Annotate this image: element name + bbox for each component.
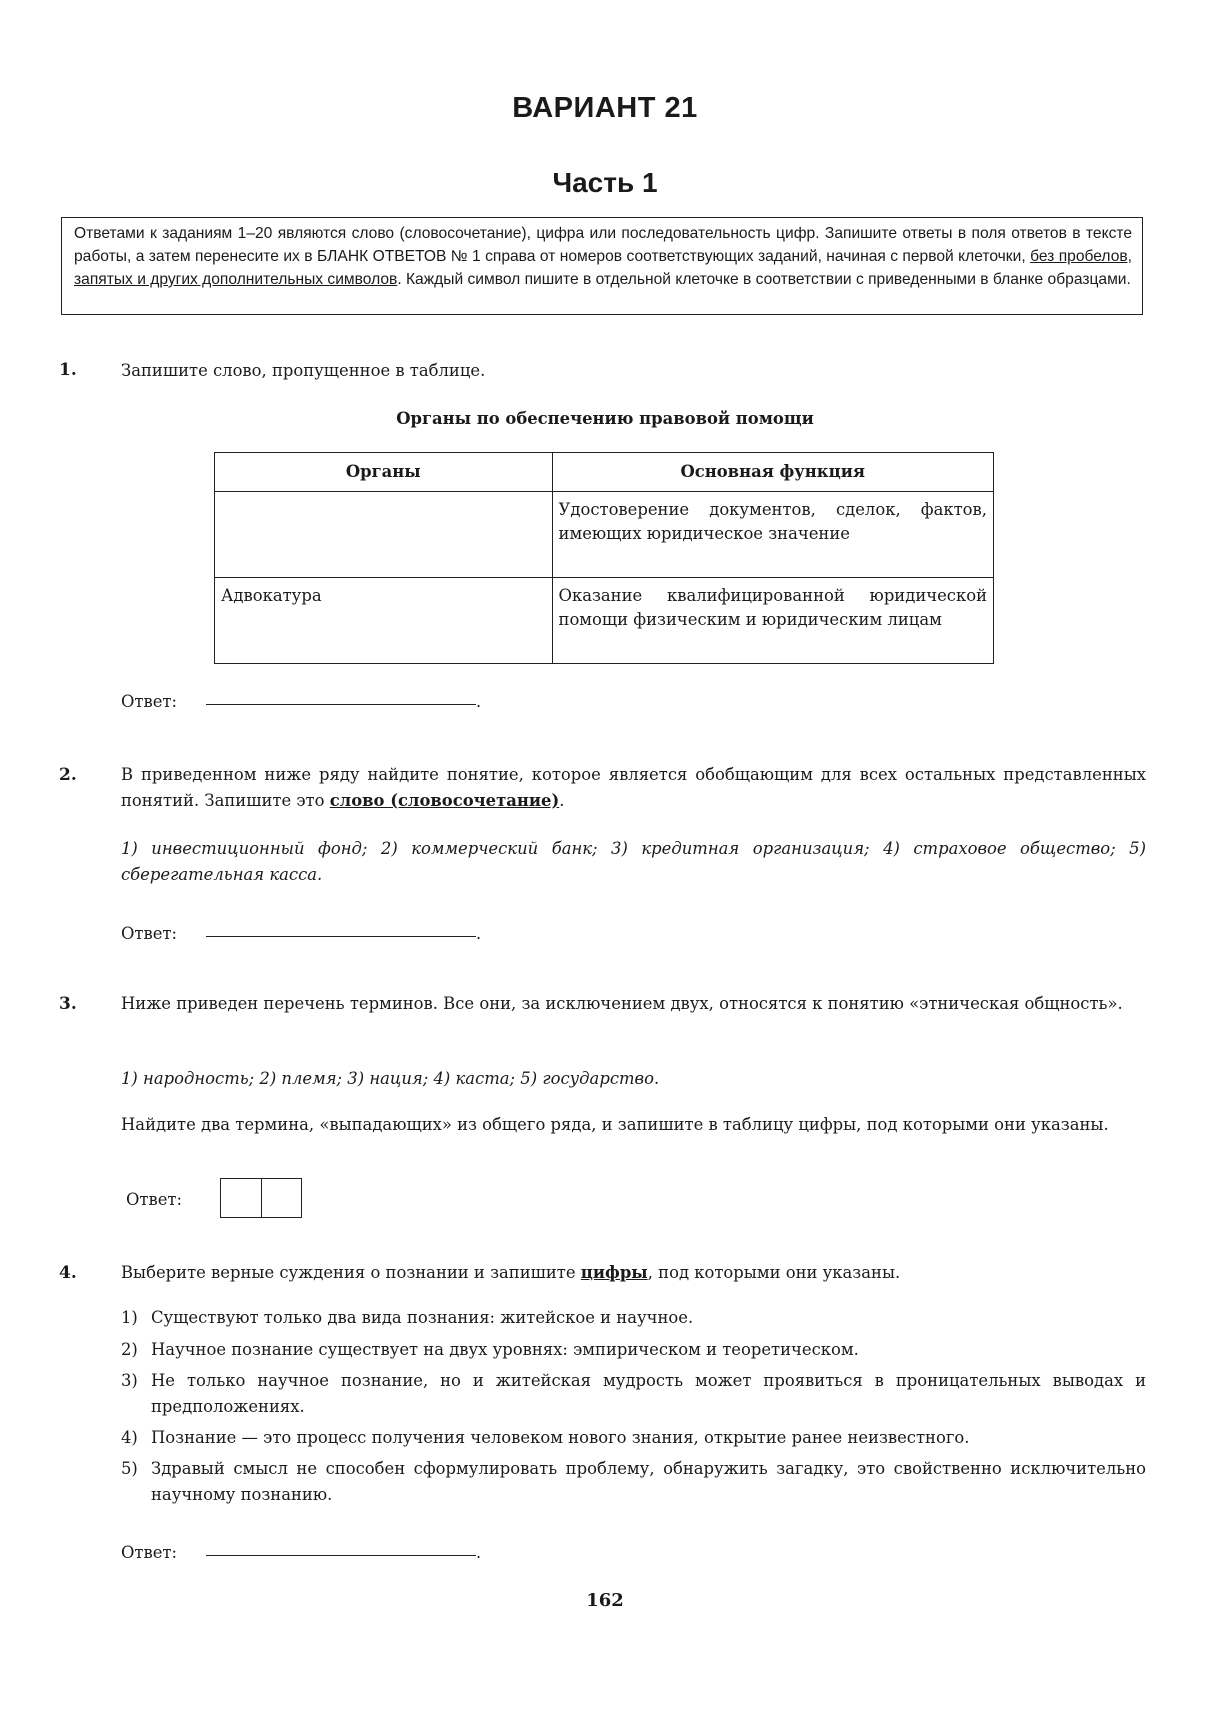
task-4-option-3: 3)Не только научное познание, но и житей… xyxy=(121,1368,1146,1420)
table-cell-function: Удостоверение документов, сделок, фактов… xyxy=(552,492,993,578)
option-number: 5) xyxy=(121,1456,138,1482)
exam-page: ВАРИАНТ 21 Часть 1 Ответами к заданиям 1… xyxy=(0,0,1210,1712)
task-4-option-4: 4)Познание — это процесс получения челов… xyxy=(121,1425,1146,1451)
instructions-text: Ответами к заданиям 1–20 являются слово … xyxy=(74,225,1132,265)
option-number: 2) xyxy=(121,1337,138,1363)
option-number: 3) xyxy=(121,1368,138,1394)
task-3-answer-label: Ответ: xyxy=(126,1190,182,1209)
task-1-prompt: Запишите слово, пропущенное в таблице. xyxy=(121,358,1146,384)
table-cell-function: Оказание квалифицированной юридической п… xyxy=(552,578,993,664)
task-1-answer-field[interactable] xyxy=(206,703,476,705)
answer-cell-1[interactable] xyxy=(221,1179,261,1217)
answer-period: . xyxy=(476,924,481,943)
option-text: Здравый смысл не способен сформулировать… xyxy=(151,1456,1146,1508)
table-cell-organ: Адвокатура xyxy=(215,578,553,664)
instructions-text-end: . Каждый символ пишите в отдельной клето… xyxy=(397,271,1131,288)
task-4-prompt-end: , под которыми они указаны. xyxy=(648,1263,900,1282)
task-3-instruction: Найдите два термина, «выпадающих» из общ… xyxy=(121,1112,1146,1138)
task-2-prompt-end: . xyxy=(559,791,564,810)
task-3-options: 1) народность; 2) племя; 3) нация; 4) ка… xyxy=(121,1066,1146,1092)
task-2-options: 1) инвестиционный фонд; 2) коммерческий … xyxy=(121,836,1146,888)
legal-aid-table: Органы Основная функция Удостоверение до… xyxy=(214,452,994,664)
task-4-answer-field[interactable] xyxy=(206,1554,476,1556)
task-4-option-2: 2)Научное познание существует на двух ур… xyxy=(121,1337,1146,1363)
answer-period: . xyxy=(476,1543,481,1562)
variant-title: ВАРИАНТ 21 xyxy=(0,92,1210,125)
part-title: Часть 1 xyxy=(0,167,1210,199)
option-text: Существуют только два вида познания: жит… xyxy=(151,1305,1146,1331)
task-2-answer-label: Ответ: xyxy=(121,924,177,943)
option-text: Познание — это процесс получения человек… xyxy=(151,1425,1146,1451)
answer-period: . xyxy=(476,692,481,711)
task-2-emphasis: слово (словосочетание) xyxy=(330,791,560,810)
task-4-option-5: 5)Здравый смысл не способен сформулирова… xyxy=(121,1456,1146,1508)
task-2-answer-field[interactable] xyxy=(206,935,476,937)
task-1-answer-label: Ответ: xyxy=(121,692,177,711)
option-text: Не только научное познание, но и житейск… xyxy=(151,1368,1146,1420)
task-4-emphasis: цифры xyxy=(581,1263,648,1282)
table-caption: Органы по обеспечению правовой помощи xyxy=(0,409,1210,428)
table-header-organs: Органы xyxy=(215,453,553,492)
task-4-prompt: Выберите верные суждения о познании и за… xyxy=(121,1260,1146,1286)
table-cell-missing-organ xyxy=(215,492,553,578)
task-4-prompt-text: Выберите верные суждения о познании и за… xyxy=(121,1263,581,1282)
option-number: 1) xyxy=(121,1305,138,1331)
task-4-number: 4. xyxy=(59,1263,77,1283)
option-text: Научное познание существует на двух уров… xyxy=(151,1337,1146,1363)
task-4-option-1: 1)Существуют только два вида познания: ж… xyxy=(121,1305,1146,1331)
task-2-number: 2. xyxy=(59,765,77,785)
task-3-answer-cells xyxy=(220,1178,302,1218)
instructions-box: Ответами к заданиям 1–20 являются слово … xyxy=(61,217,1143,315)
option-number: 4) xyxy=(121,1425,138,1451)
task-3-prompt: Ниже приведен перечень терминов. Все они… xyxy=(121,991,1146,1017)
task-2-prompt-text: В приведенном ниже ряду найдите понятие,… xyxy=(121,765,1146,810)
table-row: Адвокатура Оказание квалифицированной юр… xyxy=(215,578,994,664)
task-2-prompt: В приведенном ниже ряду найдите понятие,… xyxy=(121,762,1146,814)
task-1-number: 1. xyxy=(59,360,77,380)
table-header-function: Основная функция xyxy=(552,453,993,492)
task-4-answer-label: Ответ: xyxy=(121,1543,177,1562)
table-row: Удостоверение документов, сделок, фактов… xyxy=(215,492,994,578)
answer-cell-2[interactable] xyxy=(261,1179,301,1217)
task-3-number: 3. xyxy=(59,994,77,1014)
page-number: 162 xyxy=(0,1590,1210,1611)
